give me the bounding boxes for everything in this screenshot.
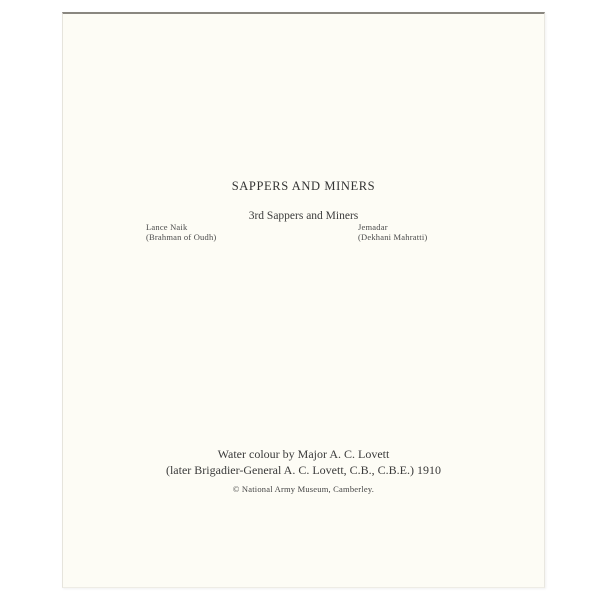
figure-label-left: Lance Naik (Brahman of Oudh) bbox=[146, 223, 216, 242]
figure-left-description: (Brahman of Oudh) bbox=[146, 233, 216, 243]
figure-right-description: (Dekhani Mahratti) bbox=[358, 233, 427, 243]
document-title: SAPPERS AND MINERS bbox=[63, 179, 544, 194]
caption-artist: Water colour by Major A. C. Lovett bbox=[63, 447, 544, 462]
print-card: SAPPERS AND MINERS 3rd Sappers and Miner… bbox=[62, 12, 545, 588]
copyright-notice: © National Army Museum, Camberley. bbox=[63, 484, 544, 494]
page: SAPPERS AND MINERS 3rd Sappers and Miner… bbox=[0, 0, 600, 600]
figure-label-right: Jemadar (Dekhani Mahratti) bbox=[358, 223, 427, 242]
caption-artist-detail: (later Brigadier-General A. C. Lovett, C… bbox=[63, 463, 544, 478]
document-subtitle: 3rd Sappers and Miners bbox=[63, 210, 544, 222]
